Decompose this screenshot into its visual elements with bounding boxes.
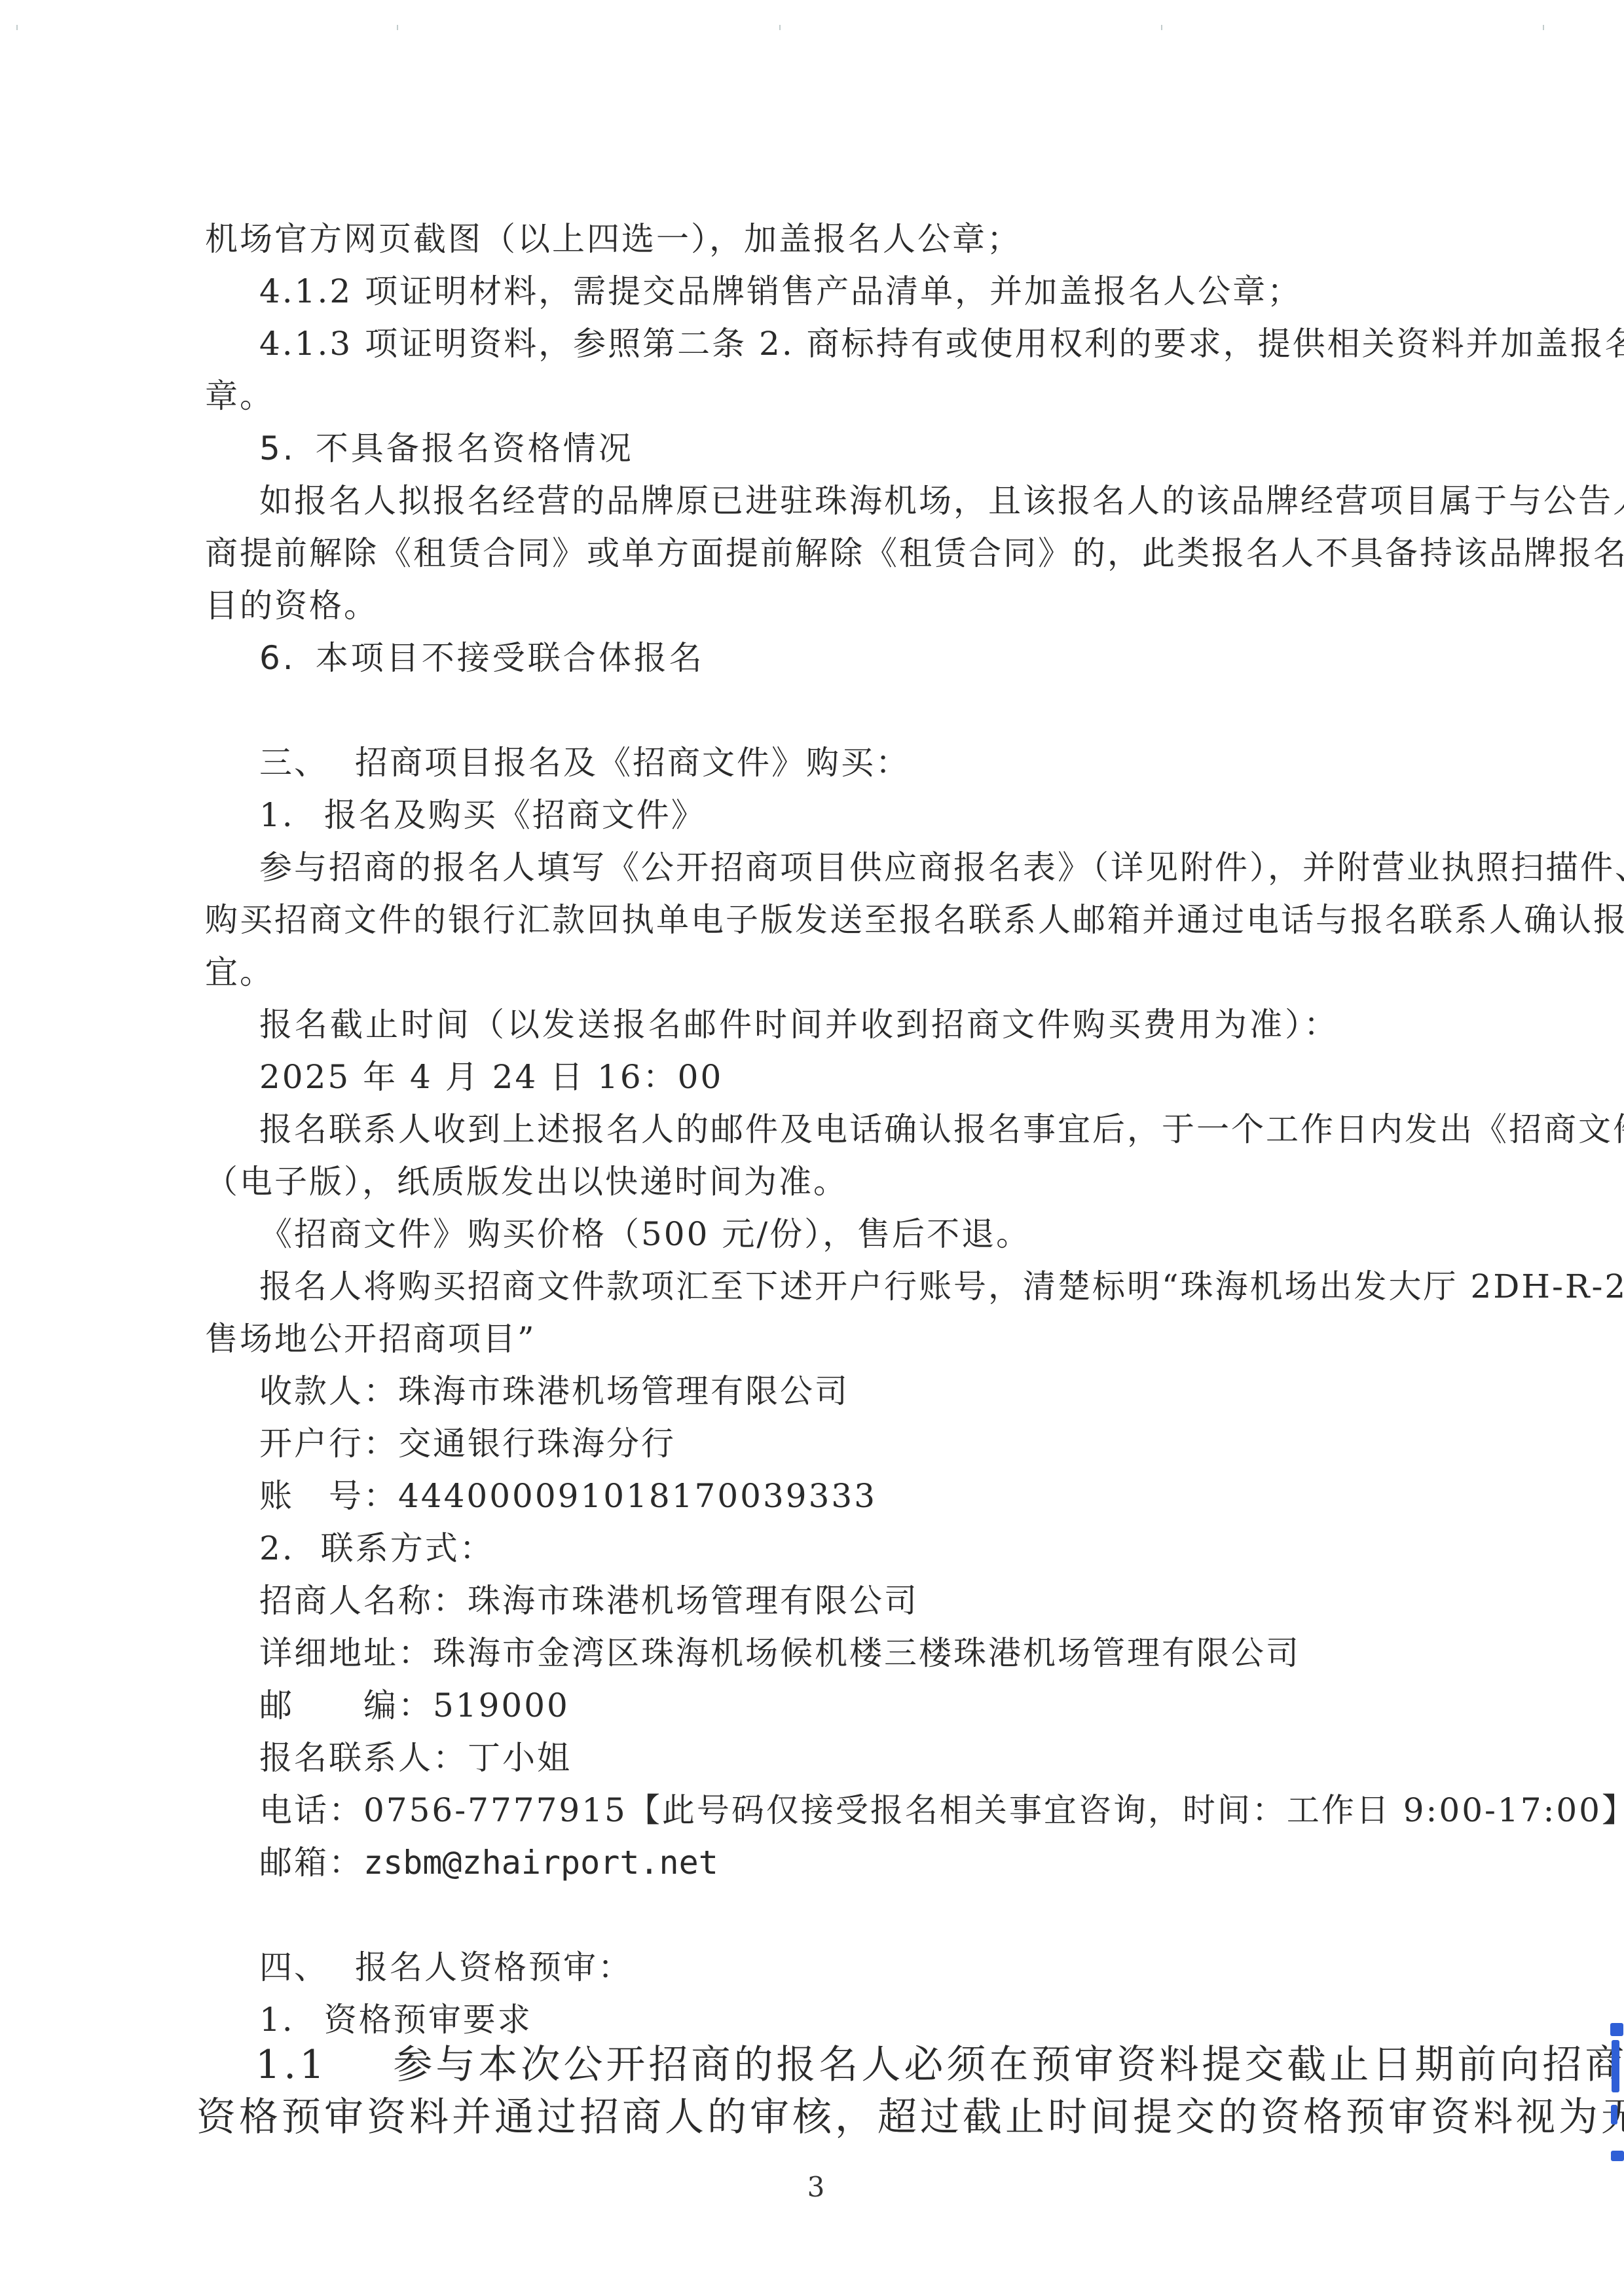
paragraph-line: 机场官方网页截图（以上四选一），加盖报名人公章；: [205, 219, 1443, 259]
paragraph-line: 章。: [205, 376, 1443, 416]
heading-text: 资格预审要求: [324, 2001, 532, 2039]
clause-text: 参与本次公开招商的报名人必须在预审资料提交截止日期前向招商人提交: [393, 2042, 1624, 2088]
account-label: 账 号：: [259, 1477, 398, 1515]
paragraph-line: （电子版），纸质版发出以快递时间为准。: [205, 1162, 1443, 1201]
paragraph-line: 目的资格。: [205, 586, 1443, 625]
contact-name-value: 珠海市珠港机场管理有限公司: [468, 1582, 919, 1620]
phone-note: 【此号码仅接受报名相关事宜咨询，时间：工作日 9:00-17:00】: [627, 1791, 1624, 1829]
heading-number: 5.: [259, 429, 296, 467]
paragraph-line: 4.1.3 项证明资料，参照第二条 2. 商标持有或使用权利的要求，提供相关资料…: [259, 324, 1497, 363]
heading-number: 1.: [259, 2001, 295, 2039]
contact-name-row: 招商人名称：珠海市珠港机场管理有限公司: [259, 1581, 1497, 1620]
heading-text: 联系方式：: [321, 1529, 494, 1567]
heading-text: 招商项目报名及《招商文件》购买：: [355, 744, 910, 782]
clause-1-1-line1: 1.1参与本次公开招商的报名人必须在预审资料提交截止日期前向招商人提交: [255, 2041, 1493, 2088]
email-row: 邮箱：zsbm@zhairport.net: [259, 1843, 1497, 1882]
price-line: 《招商文件》购买价格（500 元/份），售后不退。: [259, 1214, 1497, 1254]
contact-name-label: 招商人名称：: [259, 1582, 468, 1620]
subheading-1-prequal: 1.资格预审要求: [259, 2000, 1497, 2039]
section-heading-5: 5.不具备报名资格情况: [259, 429, 1497, 468]
deadline-label: 报名截止时间（以发送报名邮件时间并收到招商文件购买费用为准）：: [259, 1005, 1497, 1044]
heading-number: 三、: [259, 744, 329, 782]
section-heading-6: 6.本项目不接受联合体报名: [259, 638, 1497, 678]
account-value: 444000091018170039333: [398, 1477, 877, 1515]
paragraph-line: 报名联系人收到上述报名人的邮件及电话确认报名事宜后，于一个工作日内发出《招商文件…: [259, 1110, 1497, 1149]
paragraph-line: 如报名人拟报名经营的品牌原已进驻珠海机场，且该报名人的该品牌经营项目属于与公告人…: [259, 481, 1497, 520]
bank-row: 开户行：交通银行珠海分行: [259, 1424, 1497, 1463]
postcode-label: 邮 编：: [259, 1686, 433, 1724]
clause-1-1-line2: 资格预审资料并通过招商人的审核，超过截止时间提交的资格预审资料视为无效。: [196, 2094, 1434, 2141]
heading-number: 6.: [259, 639, 296, 677]
paragraph-line: 商提前解除《租赁合同》或单方面提前解除《租赁合同》的，此类报名人不具备持该品牌报…: [205, 534, 1443, 573]
phone-row: 电话：0756-7777915【此号码仅接受报名相关事宜咨询，时间：工作日 9:…: [259, 1791, 1497, 1830]
scan-artifact: [779, 25, 781, 30]
scan-artifact: [1161, 25, 1162, 30]
deadline-value: 2025 年 4 月 24 日 16：00: [259, 1057, 1497, 1097]
payee-label: 收款人：: [259, 1372, 398, 1410]
section-heading-3: 三、招商项目报名及《招商文件》购买：: [259, 743, 1497, 782]
contact-heading: 2.联系方式：: [259, 1529, 1497, 1568]
email-label: 邮箱：: [259, 1844, 363, 1882]
paragraph-line: 售场地公开招商项目”: [205, 1319, 1443, 1358]
scan-artifact: [16, 25, 18, 30]
address-value: 珠海市金湾区珠海机场候机楼三楼珠港机场管理有限公司: [433, 1634, 1301, 1672]
heading-text: 报名及购买《招商文件》: [324, 796, 706, 834]
paragraph-line: 宜。: [205, 953, 1443, 992]
bank-label: 开户行：: [259, 1425, 398, 1463]
bank-value: 交通银行珠海分行: [398, 1425, 676, 1463]
paragraph-line: 购买招商文件的银行汇款回执单电子版发送至报名联系人邮箱并通过电话与报名联系人确认…: [205, 900, 1443, 939]
scan-artifact: [1543, 25, 1544, 30]
payee-row: 收款人：珠海市珠港机场管理有限公司: [259, 1372, 1497, 1411]
paragraph-line: 参与招商的报名人填写《公开招商项目供应商报名表》（详见附件），并附营业执照扫描件…: [259, 848, 1497, 887]
document-page: 机场官方网页截图（以上四选一），加盖报名人公章； 4.1.2 项证明材料，需提交…: [0, 0, 1624, 2296]
address-row: 详细地址：珠海市金湾区珠海机场候机楼三楼珠港机场管理有限公司: [259, 1633, 1497, 1673]
paragraph-line: 4.1.2 项证明材料，需提交品牌销售产品清单，并加盖报名人公章；: [259, 272, 1497, 311]
section-heading-4: 四、报名人资格预审：: [259, 1948, 1497, 1987]
contact-person-value: 丁小姐: [468, 1739, 572, 1777]
page-number: 3: [803, 2171, 829, 2204]
heading-text: 不具备报名资格情况: [316, 429, 634, 467]
contact-person-row: 报名联系人：丁小姐: [259, 1738, 1497, 1777]
address-label: 详细地址：: [259, 1634, 433, 1672]
scan-artifact: [397, 25, 398, 30]
email-value: zsbm@zhairport.net: [363, 1844, 718, 1882]
account-row: 账 号：444000091018170039333: [259, 1476, 1497, 1516]
heading-number: 四、: [259, 1948, 329, 1986]
heading-text: 本项目不接受联合体报名: [316, 639, 705, 677]
heading-number: 1.: [259, 796, 295, 834]
heading-text: 报名人资格预审：: [355, 1948, 633, 1986]
paragraph-line: 报名人将购买招商文件款项汇至下述开户行账号，清楚标明“珠海机场出发大厅 2DH-…: [259, 1267, 1497, 1306]
contact-person-label: 报名联系人：: [259, 1739, 468, 1777]
postcode-value: 519000: [433, 1686, 570, 1724]
seal-stamp-fragment: [1608, 2023, 1624, 2160]
subheading-1: 1.报名及购买《招商文件》: [259, 795, 1497, 835]
phone-label: 电话：: [259, 1791, 363, 1829]
postcode-row: 邮 编：519000: [259, 1686, 1497, 1725]
phone-value: 0756-7777915: [363, 1791, 627, 1829]
heading-number: 2.: [259, 1529, 295, 1567]
payee-value: 珠海市珠港机场管理有限公司: [398, 1372, 849, 1410]
clause-number: 1.1: [255, 2042, 327, 2088]
